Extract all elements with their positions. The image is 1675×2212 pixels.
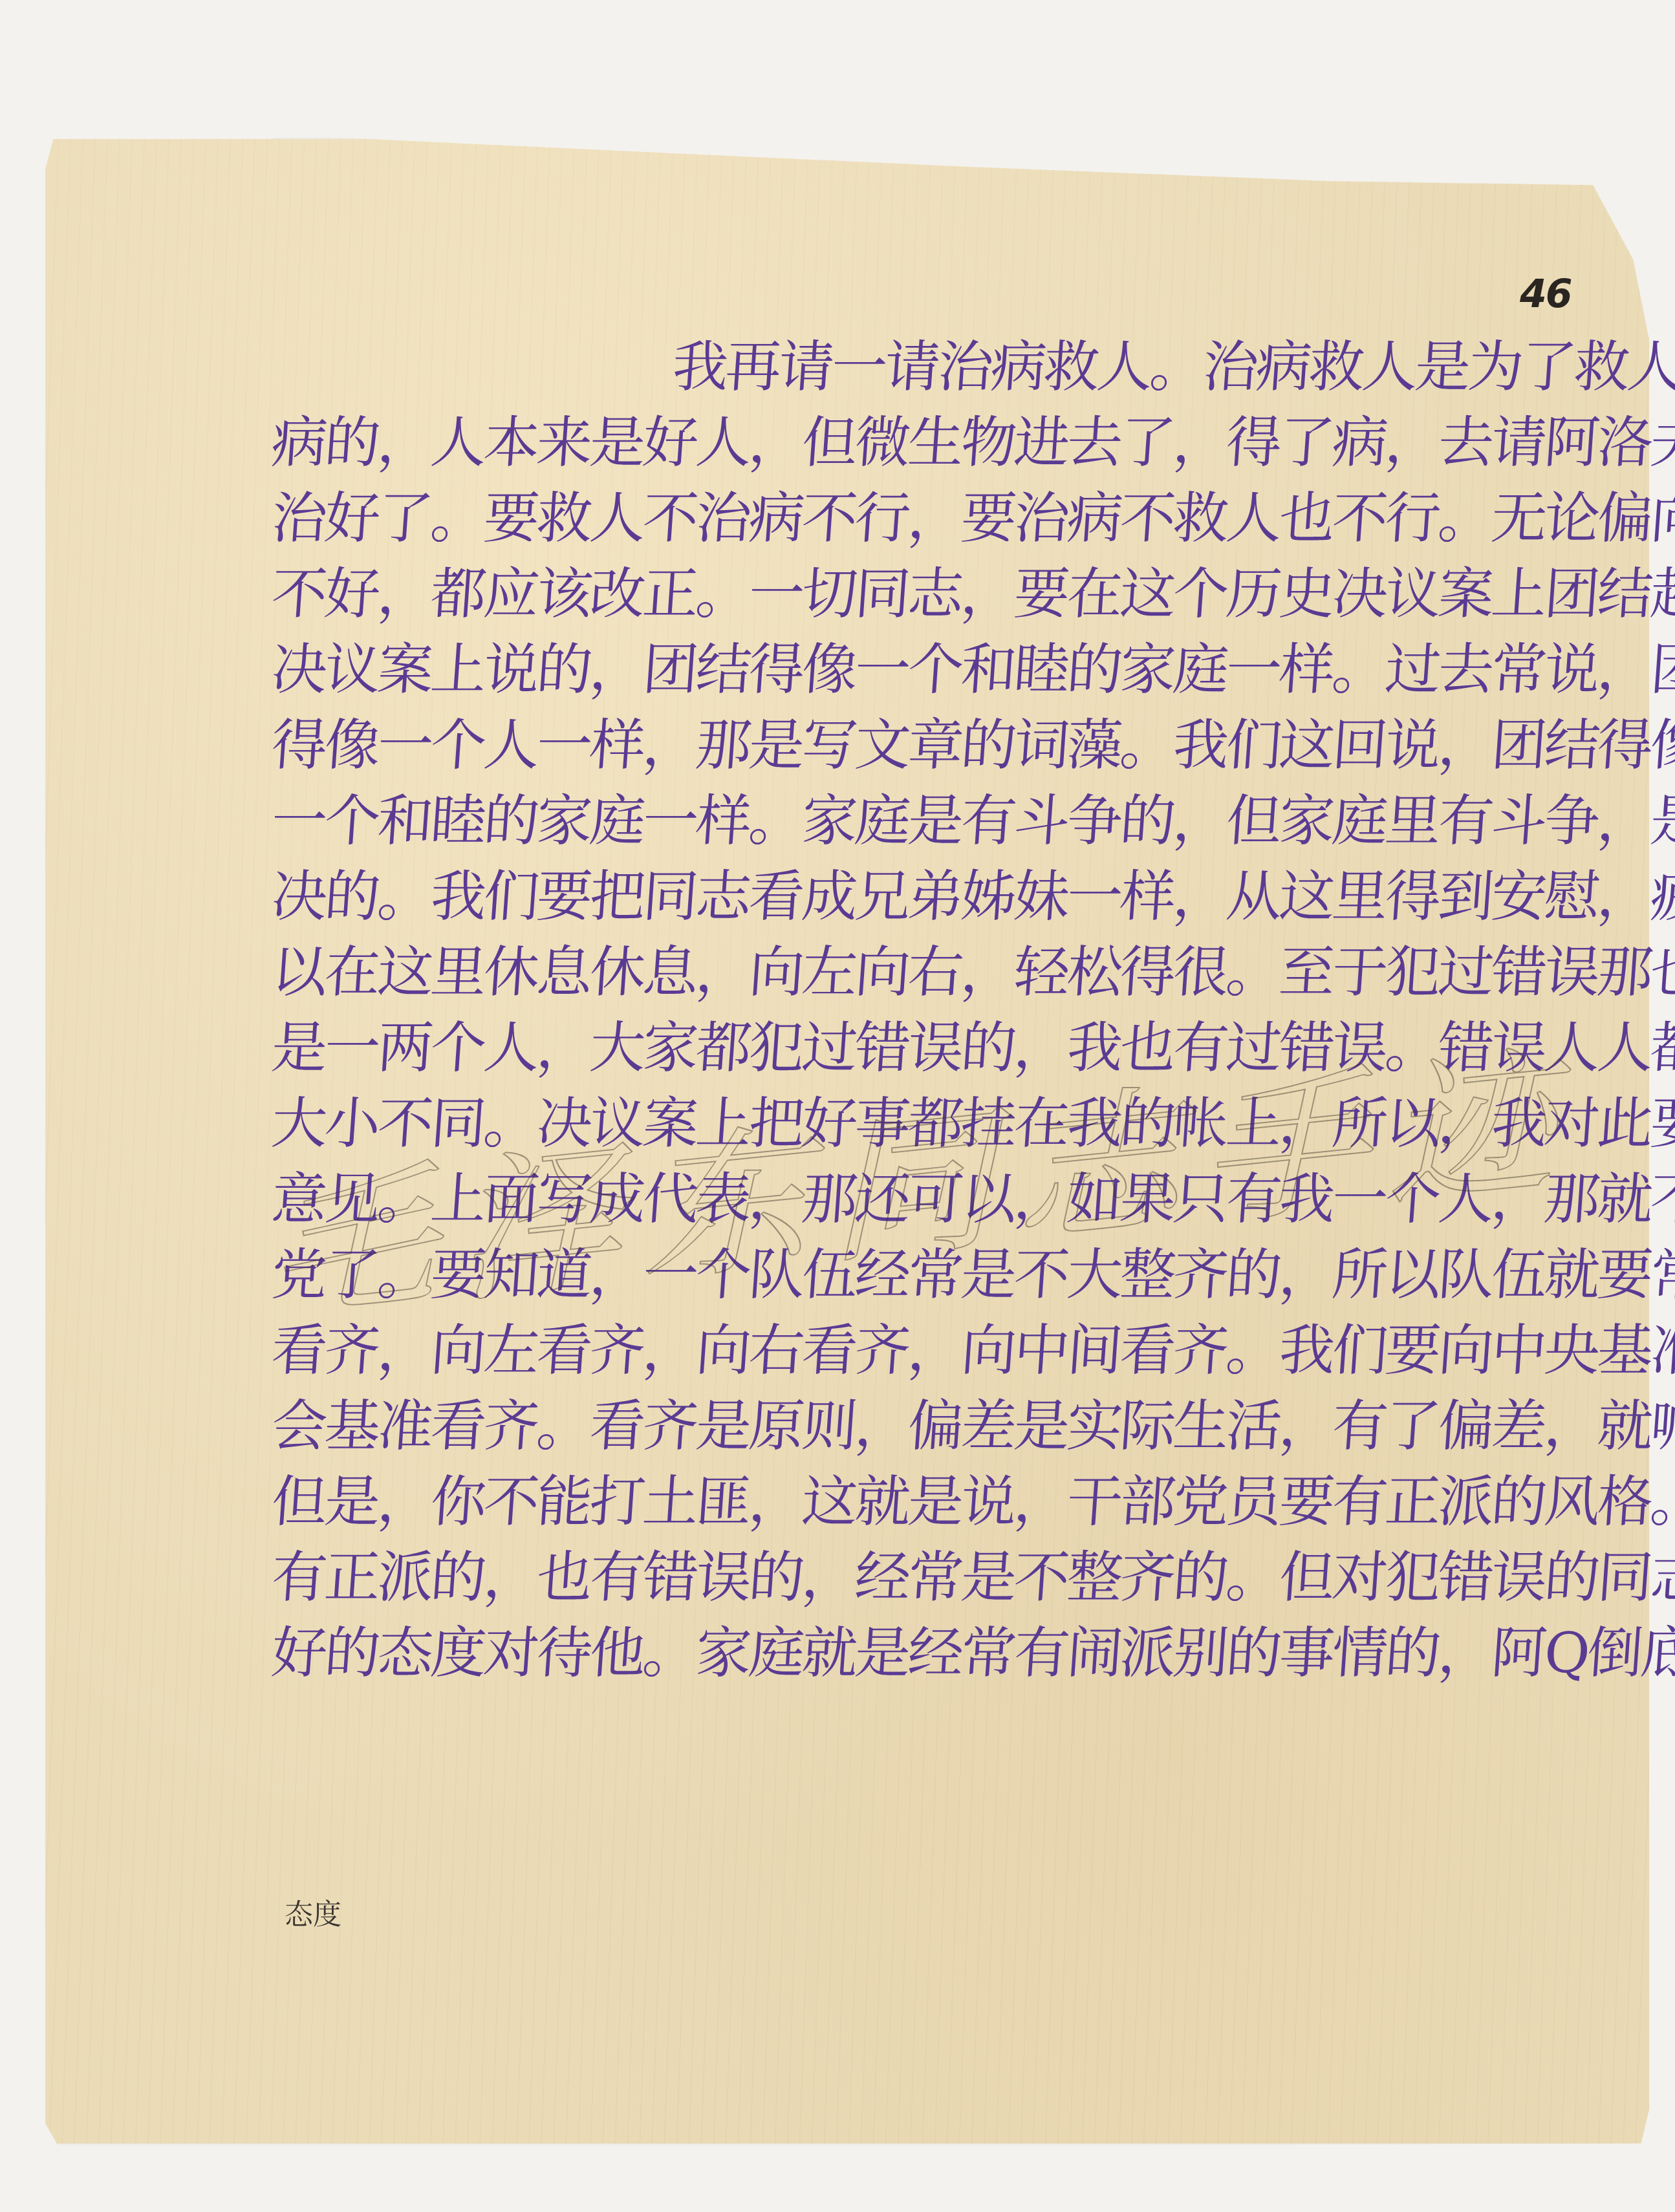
manuscript-line: 看齐，向左看齐，向右看齐，向中间看齐。我们要向中央基准看齐，向大 (269, 1313, 1412, 1389)
manuscript-line: 有正派的，也有错误的，经常是不整齐的。但对犯错误的同志要以 (269, 1540, 1412, 1616)
manuscript-line: 意见。上面写成代表，那还可以，如果只有我一个人，那就不成其为 (269, 1162, 1412, 1238)
manuscript-line: 以在这里休息休息，向左向右，轻松得很。至于犯过错误那也不 (269, 935, 1412, 1011)
manuscript-line: 好的态度对待他。家庭就是经常有闹派别的事情的，阿Q倒底 (269, 1616, 1412, 1691)
manuscript-line: 是一两个人，大家都犯过错误的，我也有过错误。错误人人都有，各人 (269, 1011, 1412, 1086)
manuscript-line: 大小不同。决议案上把好事都挂在我的帐上，所以，我对此要发表点 (269, 1086, 1412, 1162)
manuscript-line: 得像一个人一样，那是写文章的词藻。我们这回说，团结得像 (269, 708, 1412, 784)
manuscript-line: 决议案上说的，团结得像一个和睦的家庭一样。过去常说，团结 (269, 632, 1412, 708)
manuscript-line: 病的，人本来是好人，但微生物进去了，得了病，去请阿洛夫看一看，吃些药 (269, 405, 1412, 481)
manuscript-line: 会基准看齐。看齐是原则，偏差是实际生活，有了偏差，就喊看齐。 (269, 1389, 1412, 1465)
manuscript-line: 决的。我们要把同志看成兄弟姊妹一样，从这里得到安慰，疲劳了，可 (269, 859, 1412, 935)
manuscript-line: 不好，都应该改正。一切同志，要在这个历史决议案上团结起来，像 (269, 557, 1412, 632)
manuscript-line: 但是，你不能打土匪，这就是说，干部党员要有正派的风格。 (269, 1465, 1412, 1540)
manuscript-line: 治好了。要救人不治病不行，要治病不救人也不行。无论偏向那方面都 (269, 481, 1412, 557)
manuscript-line: 党了。要知道，一个队伍经常是不大整齐的，所以队伍就要常常喊 (269, 1238, 1412, 1313)
margin-annotation: 态度 (285, 1891, 341, 1933)
manuscript-line: 一个和睦的家庭一样。家庭是有斗争的，但家庭里有斗争，是用民主来解 (269, 784, 1412, 859)
page-number: 46 (1520, 272, 1572, 317)
manuscript-line: 我再请一请治病救人。治病救人是为了救人而去治 (269, 330, 1412, 405)
manuscript-body: 我再请一请治病救人。治病救人是为了救人而去治 病的，人本来是好人，但微生物进去了… (272, 330, 1410, 1691)
